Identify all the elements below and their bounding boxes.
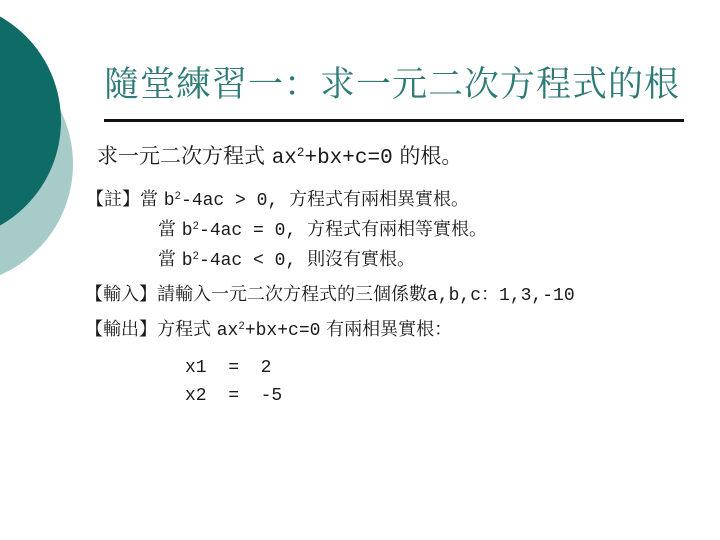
text-segment: ax — [272, 147, 297, 170]
problem-statement: 求一元二次方程式 ax2+bx+c=0 的根。 — [97, 144, 462, 171]
note-line-discriminant-negative: 當 b2-4ac < 0, 則沒有實根。 — [158, 249, 415, 273]
text-segment: 方程式有兩相等實根。 — [307, 219, 487, 240]
text-segment: +bx+c=0 — [245, 321, 321, 341]
text-segment: b — [164, 191, 175, 211]
text-segment: 有兩相異實根： — [320, 319, 452, 340]
input-description-line: 【輸入】請輸入一元二次方程式的三個係數a,b,c：1,3,-10 — [85, 284, 575, 308]
text-segment: 當 — [158, 219, 182, 240]
text-segment: -4ac > 0, — [181, 191, 289, 211]
text-segment: 【輸出】方程式 — [85, 319, 217, 340]
text-segment: 則沒有實根。 — [307, 249, 415, 270]
slide: 隨堂練習一：求一元二次方程式的根 求一元二次方程式 ax2+bx+c=0 的根。… — [0, 0, 720, 540]
output-description-line: 【輸出】方程式 ax2+bx+c=0 有兩相異實根： — [85, 319, 452, 343]
text-segment: 方程式有兩相異實根。 — [289, 189, 469, 210]
text-segment: a,b,c — [427, 286, 481, 306]
text-segment: 1,3,-10 — [499, 286, 575, 306]
text-segment: b — [182, 221, 193, 241]
text-segment: ： — [481, 284, 499, 305]
text-segment: 求一元二次方程式 — [97, 144, 272, 168]
text-segment: 當 — [158, 249, 182, 270]
text-segment: b — [182, 251, 193, 271]
text-segment: 【註】當 — [86, 189, 164, 210]
note-line-discriminant-positive: 【註】當 b2-4ac > 0, 方程式有兩相異實根。 — [86, 189, 469, 213]
root-x1-line: x1 = 2 — [185, 356, 271, 380]
text-segment: x2 = -5 — [185, 386, 282, 406]
note-line-discriminant-zero: 當 b2-4ac = 0, 方程式有兩相等實根。 — [158, 219, 487, 243]
text-segment: x1 = 2 — [185, 358, 271, 378]
title-underline — [104, 119, 684, 122]
text-segment: 的根。 — [393, 144, 463, 168]
text-segment: -4ac = 0, — [199, 221, 307, 241]
text-segment: -4ac < 0, — [199, 251, 307, 271]
text-segment: ax — [217, 321, 239, 341]
slide-title: 隨堂練習一：求一元二次方程式的根 — [104, 62, 680, 108]
text-segment: +bx+c=0 — [304, 147, 392, 170]
root-x2-line: x2 = -5 — [185, 384, 282, 408]
text-segment: 【輸入】請輸入一元二次方程式的三個係數 — [85, 284, 427, 305]
